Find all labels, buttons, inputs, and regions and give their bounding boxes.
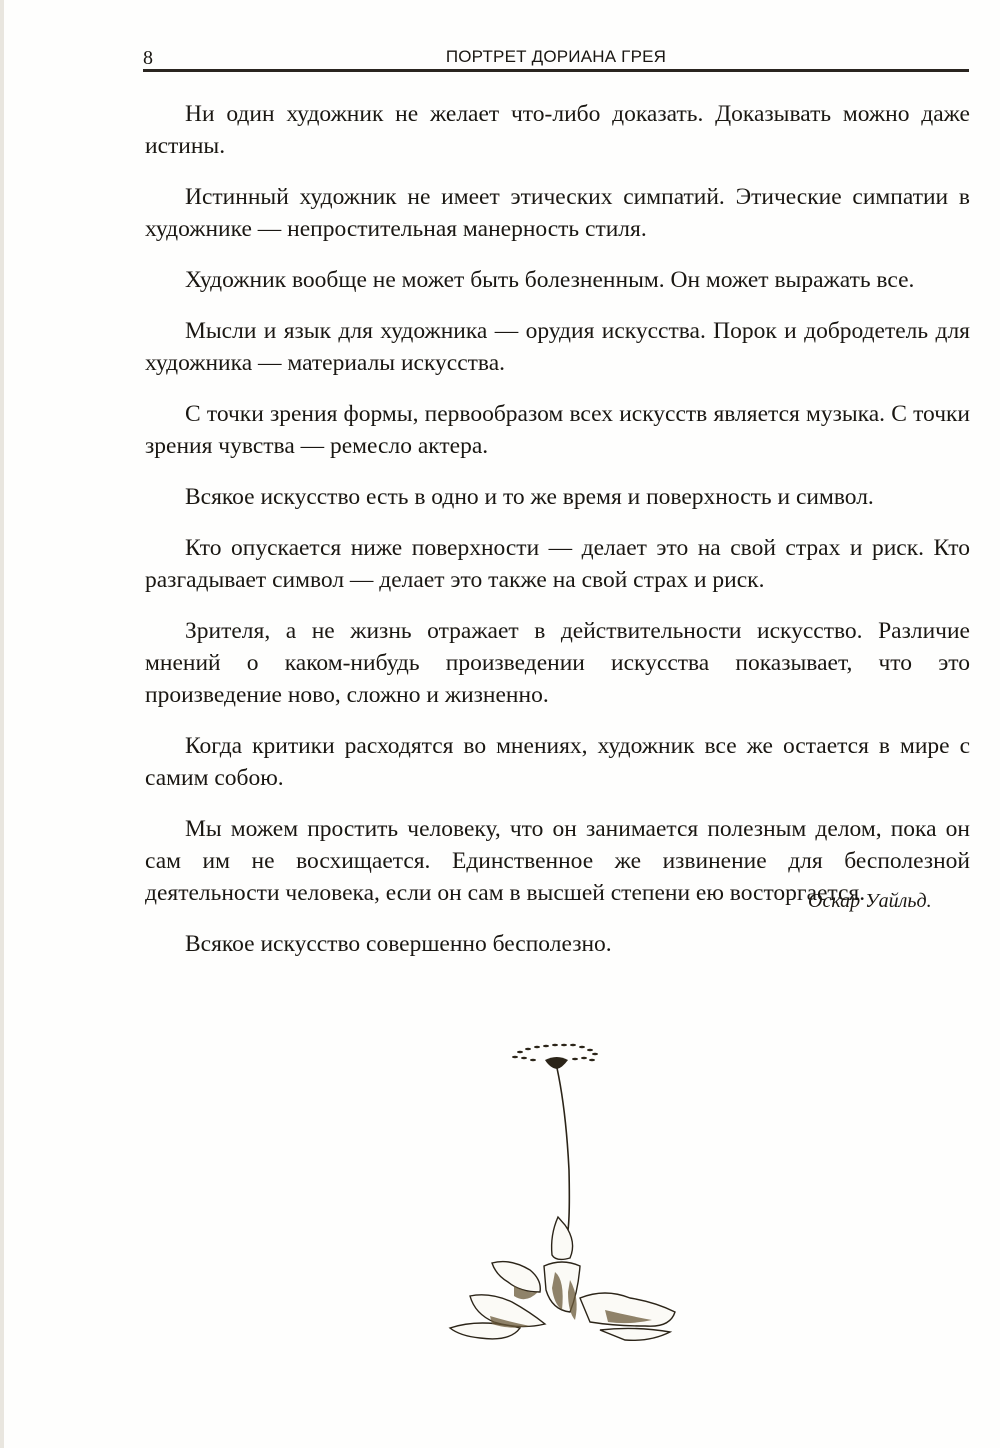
paragraph: Всякое искусство совершенно бесполезно. [145, 928, 970, 960]
running-title: ПОРТРЕТ ДОРИАНА ГРЕЯ [143, 47, 969, 67]
preface-text: Ни один художник не желает что-либо дока… [145, 98, 970, 979]
paragraph: Зрителя, а не жизнь отражает в действите… [145, 615, 970, 711]
paragraph: Истинный художник не имеет этических сим… [145, 181, 970, 245]
paragraph: Кто опускается ниже поверхности — делает… [145, 532, 970, 596]
paragraph: С точки зрения формы, первообразом всех … [145, 398, 970, 462]
page-edge-shadow [0, 0, 4, 1448]
page-header: 8 ПОРТРЕТ ДОРИАНА ГРЕЯ [143, 47, 969, 77]
paragraph: Художник вообще не может быть болезненны… [145, 264, 970, 296]
paragraph: Когда критики расходятся во мнениях, худ… [145, 730, 970, 794]
dandelion-plant-icon [430, 1030, 700, 1350]
paragraph: Ни один художник не желает что-либо дока… [145, 98, 970, 162]
paragraph: Всякое искусство есть в одно и то же вре… [145, 481, 970, 513]
header-rule [143, 69, 969, 72]
author-signature: Оскар Уайльд. [808, 890, 932, 913]
paragraph: Мысли и язык для художника — орудия иску… [145, 315, 970, 379]
